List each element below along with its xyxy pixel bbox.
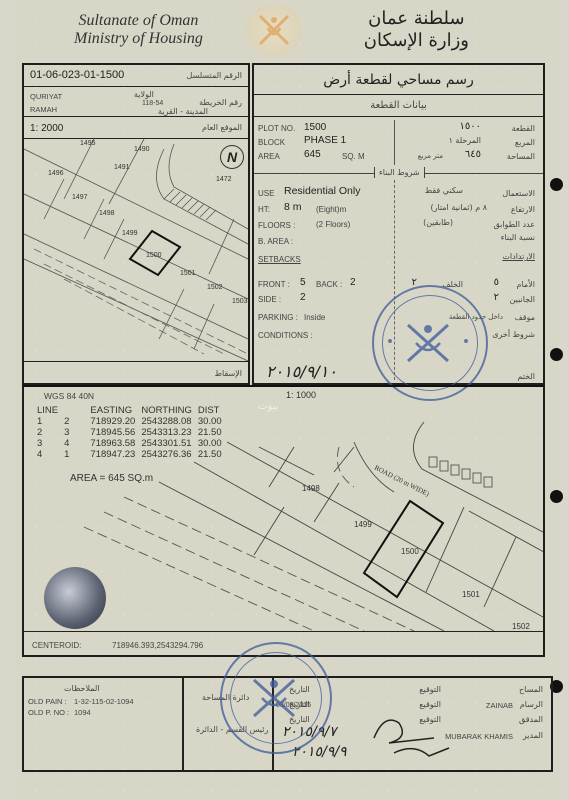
old-plot-no-label: OLD P. NO : bbox=[28, 707, 69, 718]
area-unit: SQ. M bbox=[342, 151, 365, 162]
front-value: 5 bbox=[300, 277, 306, 288]
use-label-ar: الاستعمال bbox=[502, 188, 535, 199]
col-header-dist: DIST bbox=[195, 405, 225, 416]
handwritten-date: ٢٠١٥/٩/١٠ bbox=[266, 363, 337, 381]
floors-label-ar: عدد الطوابق bbox=[493, 219, 535, 230]
binder-hole bbox=[550, 348, 563, 361]
height-words: (Eight)m bbox=[316, 204, 346, 215]
svg-text:1490: 1490 bbox=[134, 146, 150, 153]
wilayat-value: QURIYAT bbox=[30, 91, 62, 102]
height-value: 8 m bbox=[284, 202, 302, 213]
floors-value-ar: (طابقين) bbox=[423, 217, 453, 228]
old-pain-value: 1-32-115-02-1094 bbox=[74, 696, 134, 707]
site-info-panel: 01-06-023-01-1500 الرقم المتسلسل QURIYAT… bbox=[22, 63, 250, 385]
side-label-ar: الجانبين bbox=[510, 294, 535, 305]
use-value-ar: سكني فقط bbox=[425, 185, 463, 196]
document-header: Sultanate of Oman Ministry of Housing سل… bbox=[14, 0, 559, 60]
table-row: 2 3 718945.56 2543313.23 21.50 bbox=[34, 427, 225, 438]
ministry-label: Ministry of Housing bbox=[74, 30, 203, 48]
detail-map-scale: 1: 1000 bbox=[286, 390, 316, 401]
distance: 30.00 bbox=[195, 438, 225, 449]
line-to: 3 bbox=[61, 427, 72, 438]
northing: 2543313.23 bbox=[138, 427, 195, 438]
table-row: 4 1 718947.23 2543276.36 21.50 bbox=[34, 449, 225, 460]
old-plot-no-value: 1094 bbox=[74, 707, 91, 718]
village-value: RAMAH bbox=[30, 104, 57, 115]
plot-label-1499: 1499 bbox=[354, 520, 372, 529]
hologram-seal-icon bbox=[44, 567, 106, 629]
easting: 718947.23 bbox=[72, 449, 138, 460]
floors-value: (2 Floors) bbox=[316, 219, 350, 230]
front-label: FRONT : bbox=[258, 279, 290, 290]
line-from: 1 bbox=[34, 416, 61, 427]
sultanate-label-ar: سلطنة عمان bbox=[364, 8, 469, 30]
document-title-ar: رسم مساحي لقطعة أرض bbox=[254, 72, 543, 88]
svg-text:1491: 1491 bbox=[114, 164, 130, 171]
area-value: 645 bbox=[304, 149, 321, 160]
drafter-name: ZAINAB bbox=[486, 700, 513, 711]
col-header-northing: NORTHING bbox=[138, 405, 195, 416]
svg-text:1472: 1472 bbox=[216, 176, 232, 183]
remarks-label-ar: الملاحظات bbox=[64, 683, 100, 694]
svg-text:1503: 1503 bbox=[232, 298, 248, 305]
header-arabic: سلطنة عمان وزارة الإسكان bbox=[364, 8, 469, 52]
block-label: BLOCK bbox=[258, 137, 285, 148]
area-label: AREA bbox=[258, 151, 280, 162]
side-value: 2 bbox=[300, 292, 306, 303]
approval-panel: الملاحظات OLD PAIN : 1-32-115-02-1094 OL… bbox=[22, 676, 553, 772]
floors-label: FLOORS : bbox=[258, 220, 295, 231]
line-from: 2 bbox=[34, 427, 61, 438]
conditions-label-ar: شروط أخرى bbox=[492, 329, 535, 340]
distance: 21.50 bbox=[195, 427, 225, 438]
north-arrow-icon: N bbox=[220, 145, 244, 169]
building-area-label: B. AREA : bbox=[258, 236, 293, 247]
back-value: 2 bbox=[350, 277, 356, 288]
northing: 2543276.36 bbox=[138, 449, 195, 460]
area-unit-ar: متر مربع bbox=[418, 151, 443, 162]
svg-text:1495: 1495 bbox=[80, 140, 96, 147]
table-row: 3 4 718963.58 2543301.51 30.00 bbox=[34, 438, 225, 449]
site-location-map: 1495 1490 1496 1491 1472 1497 1498 1499 … bbox=[24, 139, 248, 361]
height-value-ar: ٨ م (ثمانية امتار) bbox=[430, 202, 487, 213]
block-label-ar: المربع bbox=[515, 137, 535, 148]
setbacks-label-ar: الارتدادات bbox=[502, 251, 535, 262]
distance: 21.50 bbox=[195, 449, 225, 460]
official-stamp-icon bbox=[372, 285, 488, 401]
road-label: ROAD (20 m WIDE) bbox=[373, 464, 431, 499]
line-to: 4 bbox=[61, 438, 72, 449]
plot-label-1501: 1501 bbox=[462, 590, 480, 599]
plot-label-1502: 1502 bbox=[512, 622, 530, 631]
table-header-row: LINE EASTING NORTHING DIST bbox=[34, 405, 225, 416]
building-area-label-ar: نسبة البناء bbox=[501, 232, 535, 243]
total-area: AREA = 645 SQ.m bbox=[70, 473, 153, 484]
coordinates-table: LINE EASTING NORTHING DIST 1 2 718929.20… bbox=[34, 405, 225, 460]
height-label: HT: bbox=[258, 204, 270, 215]
site-map-drawing: 1495 1490 1496 1491 1472 1497 1498 1499 … bbox=[24, 139, 248, 361]
side-value-ar: ٢ bbox=[494, 292, 499, 303]
svg-text:1501: 1501 bbox=[180, 270, 196, 277]
col-header-line: LINE bbox=[34, 405, 61, 416]
front-label-ar: الأمام bbox=[517, 279, 535, 290]
distance: 30.00 bbox=[195, 416, 225, 427]
svg-text:1497: 1497 bbox=[72, 194, 88, 201]
col-header-easting: EASTING bbox=[72, 405, 138, 416]
line-from: 3 bbox=[34, 438, 61, 449]
plot-no-value: 1500 bbox=[304, 122, 326, 133]
northing: 2543288.08 bbox=[138, 416, 195, 427]
old-pain-label: OLD PAIN : bbox=[28, 696, 67, 707]
line-to: 1 bbox=[61, 449, 72, 460]
height-label-ar: الارتفاع bbox=[511, 204, 535, 215]
checker-label-ar: المدقق bbox=[519, 714, 543, 725]
village-label-ar: المدينة - القرية bbox=[158, 106, 208, 117]
plot-label-1498: 1498 bbox=[302, 484, 320, 493]
parking-value: Inside bbox=[304, 312, 325, 323]
table-row: 1 2 718929.20 2543288.08 30.00 bbox=[34, 416, 225, 427]
datum-label: WGS 84 40N bbox=[44, 391, 94, 402]
plot-data-heading-ar: بيانات القطعة bbox=[254, 100, 543, 111]
projection-label-ar: الإسقاط bbox=[215, 368, 242, 379]
binder-hole bbox=[550, 178, 563, 191]
back-label: BACK : bbox=[316, 279, 342, 290]
stamp-label-ar: الختم bbox=[517, 371, 535, 382]
line-to: 2 bbox=[61, 416, 72, 427]
director-label-ar: المدير bbox=[523, 730, 543, 741]
side-label: SIDE : bbox=[258, 294, 281, 305]
parking-label: PARKING : bbox=[258, 312, 298, 323]
plot-label-1500: 1500 bbox=[401, 547, 419, 556]
use-label: USE bbox=[258, 188, 274, 199]
centroid-label: CENTEROID: bbox=[32, 640, 81, 651]
column-divider bbox=[394, 120, 395, 165]
detail-survey-panel: WGS 84 40N LINE EASTING NORTHING DIST 1 … bbox=[22, 385, 545, 657]
oman-emblem-icon bbox=[246, 4, 302, 56]
easting: 718929.20 bbox=[72, 416, 138, 427]
official-stamp-icon bbox=[220, 642, 332, 754]
drafter-label-ar: الرسام bbox=[520, 699, 543, 710]
area-label-ar: المساحة bbox=[507, 151, 535, 162]
general-site-scale: 1: 2000 bbox=[30, 123, 63, 134]
header-english: Sultanate of Oman Ministry of Housing bbox=[74, 12, 203, 48]
svg-text:1498: 1498 bbox=[99, 210, 115, 217]
plot-1500-boundary bbox=[364, 501, 443, 597]
svg-text:1499: 1499 bbox=[122, 230, 138, 237]
surveyor-label-ar: المساح bbox=[519, 684, 543, 695]
centroid-value: 718946.393,2543294.796 bbox=[112, 640, 203, 651]
front-value-ar: ٥ bbox=[494, 277, 499, 288]
ministry-label-ar: وزارة الإسكان bbox=[364, 30, 469, 52]
building-conditions-heading-ar: شروط البناء bbox=[374, 167, 425, 178]
signature-scribble-icon bbox=[354, 708, 474, 768]
easting: 718945.56 bbox=[72, 427, 138, 438]
svg-text:1502: 1502 bbox=[207, 284, 223, 291]
plot-no-value-ar: ١٥٠٠ bbox=[460, 121, 481, 132]
conditions-label: CONDITIONS : bbox=[258, 330, 313, 341]
col-header-line-to bbox=[61, 405, 72, 416]
plot-no-label: PLOT NO. bbox=[258, 123, 295, 134]
svg-text:1496: 1496 bbox=[48, 170, 64, 177]
block-value: PHASE 1 bbox=[304, 135, 346, 146]
serial-label-ar: الرقم المتسلسل bbox=[187, 70, 242, 81]
serial-number: 01-06-023-01-1500 bbox=[30, 70, 124, 81]
binder-hole bbox=[550, 490, 563, 503]
watermark-logo: بيوت bbox=[258, 401, 278, 412]
use-value: Residential Only bbox=[284, 186, 360, 197]
block-value-ar: المرحلة ١ bbox=[449, 135, 481, 146]
sultanate-label: Sultanate of Oman bbox=[74, 12, 203, 30]
line-from: 4 bbox=[34, 449, 61, 460]
easting: 718963.58 bbox=[72, 438, 138, 449]
setbacks-label: SETBACKS bbox=[258, 254, 301, 265]
general-site-label-ar: الموقع العام bbox=[202, 122, 242, 133]
parking-label-ar: موقف bbox=[514, 312, 535, 323]
svg-text:1500: 1500 bbox=[146, 252, 162, 259]
signature-label-ar: التوقيع bbox=[419, 684, 441, 695]
plot-data-panel: رسم مساحي لقطعة أرض بيانات القطعة PLOT N… bbox=[252, 63, 545, 385]
plot-no-label-ar: القطعة bbox=[512, 123, 535, 134]
northing: 2543301.51 bbox=[138, 438, 195, 449]
north-label: N bbox=[227, 149, 237, 165]
area-value-ar: ٦٤٥ bbox=[465, 149, 481, 160]
